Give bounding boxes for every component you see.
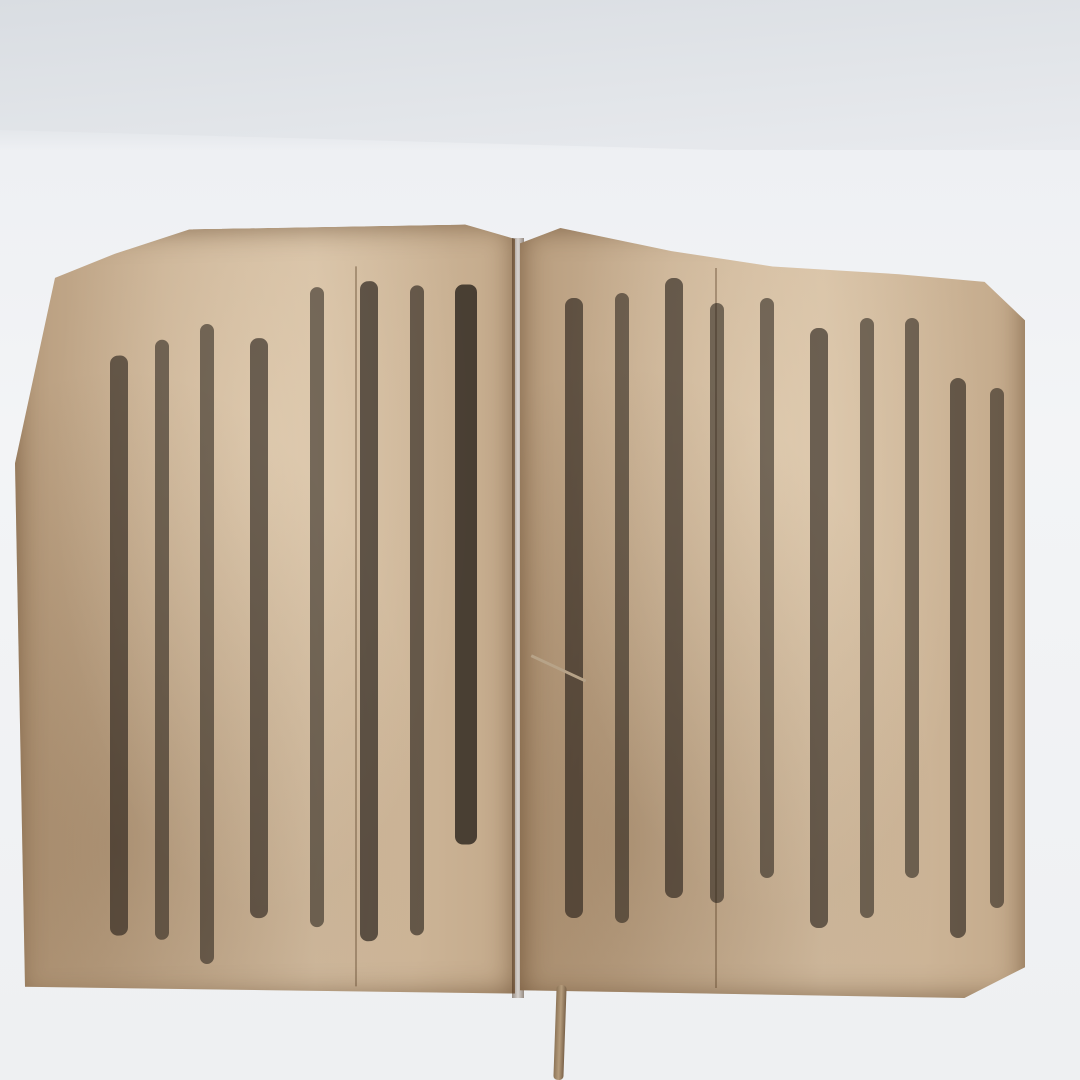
text-column: [410, 285, 424, 935]
text-column: [950, 378, 966, 938]
text-column: [860, 318, 874, 918]
text-column: [565, 298, 583, 918]
text-column: [665, 278, 683, 898]
text-column: [810, 328, 828, 928]
text-column: [760, 298, 774, 878]
open-manuscript: [15, 228, 1025, 1008]
text-column: [200, 324, 214, 964]
text-column: [110, 355, 128, 935]
hanging-cord: [553, 985, 566, 1080]
text-column: [310, 287, 324, 927]
text-column: [615, 293, 629, 923]
page-fold-line: [355, 266, 357, 986]
text-column: [710, 303, 724, 903]
text-column: [990, 388, 1004, 908]
background-fold: [0, 0, 1080, 150]
text-column: [250, 338, 268, 918]
left-page: [15, 224, 515, 1003]
text-column: [905, 318, 919, 878]
text-column: [455, 284, 477, 844]
right-page: [520, 228, 1025, 998]
text-column: [155, 340, 169, 940]
text-column: [360, 281, 378, 941]
